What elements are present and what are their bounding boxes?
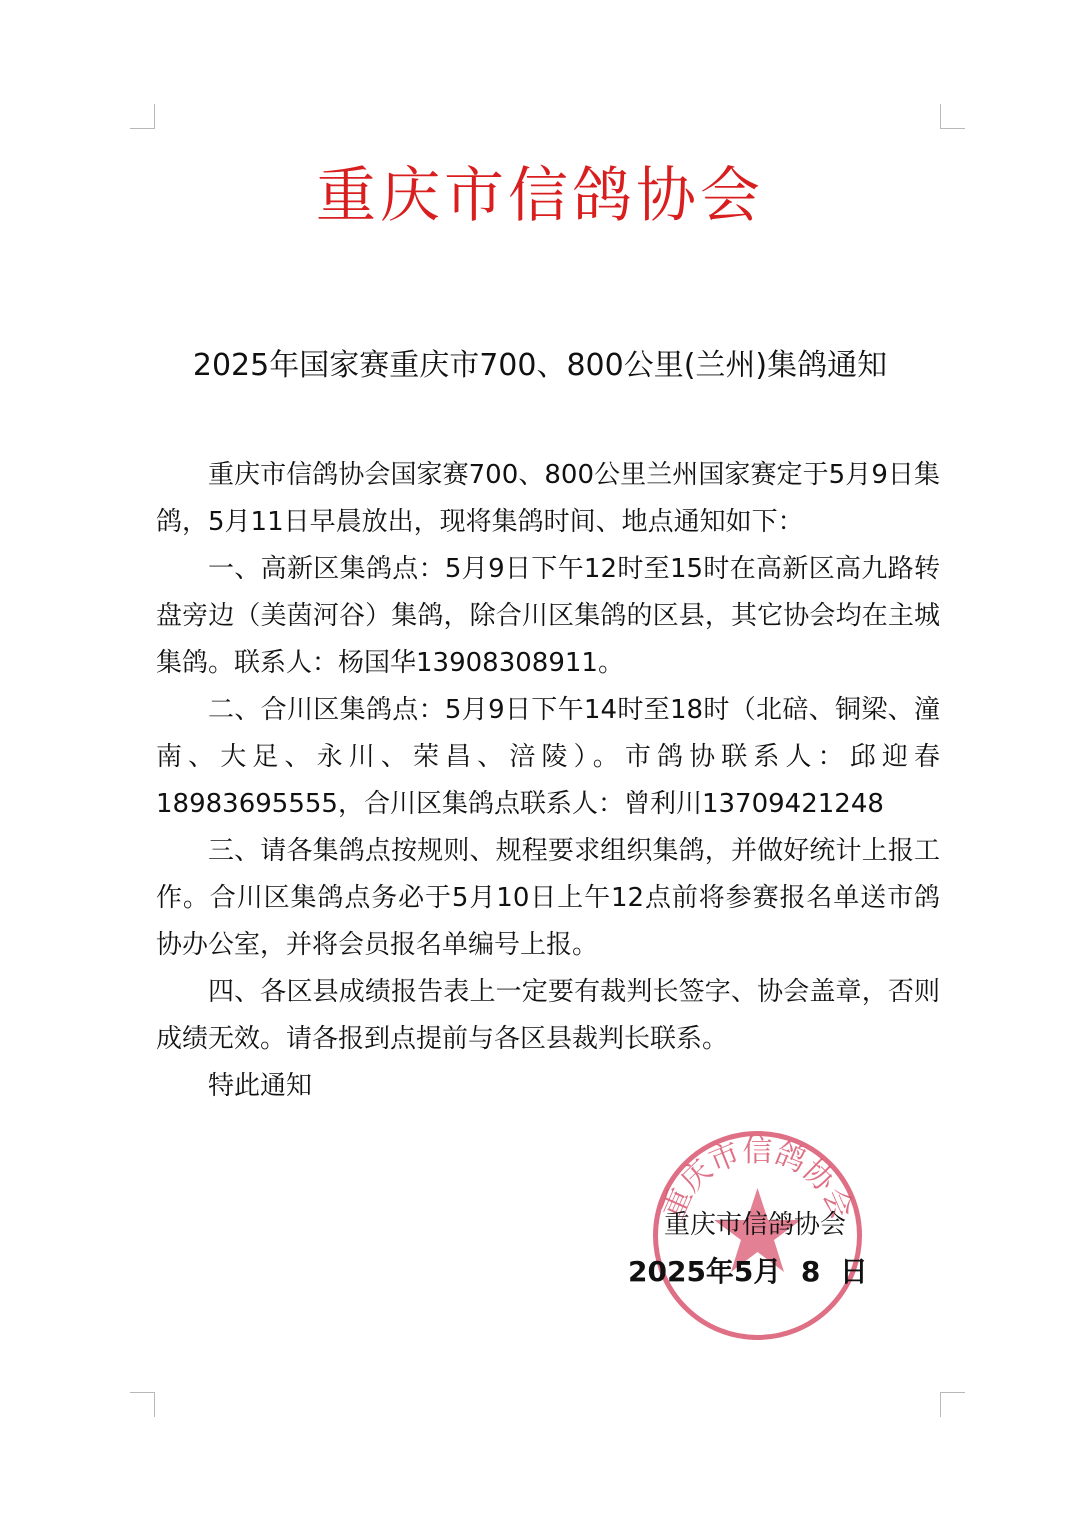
- paragraph-item-2: 二、合川区集鸽点：5月9日下午14时至18时（北碚、铜梁、潼南、大足、永川、荣昌…: [156, 687, 940, 828]
- paragraph-item-3: 三、请各集鸽点按规则、规程要求组织集鸽，并做好统计上报工作。合川区集鸽点务必于5…: [156, 828, 940, 969]
- letterhead-organization: 重庆市信鸽协会: [0, 148, 1080, 234]
- crop-mark-bottom-left: [130, 1392, 155, 1417]
- closing-remark: 特此通知: [156, 1063, 940, 1110]
- signature-organization: 重庆市信鸽协会: [664, 1204, 846, 1241]
- paragraph-item-4: 四、各区县成绩报告表上一定要有裁判长签字、协会盖章，否则成绩无效。请各报到点提前…: [156, 969, 940, 1063]
- crop-mark-bottom-right: [940, 1392, 965, 1417]
- document-body: 重庆市信鸽协会国家赛700、800公里兰州国家赛定于5月9日集鸽，5月11日早晨…: [156, 452, 940, 1110]
- paragraph-intro: 重庆市信鸽协会国家赛700、800公里兰州国家赛定于5月9日集鸽，5月11日早晨…: [156, 452, 940, 546]
- signature-date: 2025年5月 8 日: [628, 1250, 868, 1290]
- document-title: 2025年国家赛重庆市700、800公里(兰州)集鸽通知: [0, 340, 1080, 384]
- paragraph-item-1: 一、高新区集鸽点：5月9日下午12时至15时在高新区高九路转盘旁边（美茵河谷）集…: [156, 546, 940, 687]
- crop-mark-top-left: [130, 104, 155, 129]
- crop-mark-top-right: [940, 104, 965, 129]
